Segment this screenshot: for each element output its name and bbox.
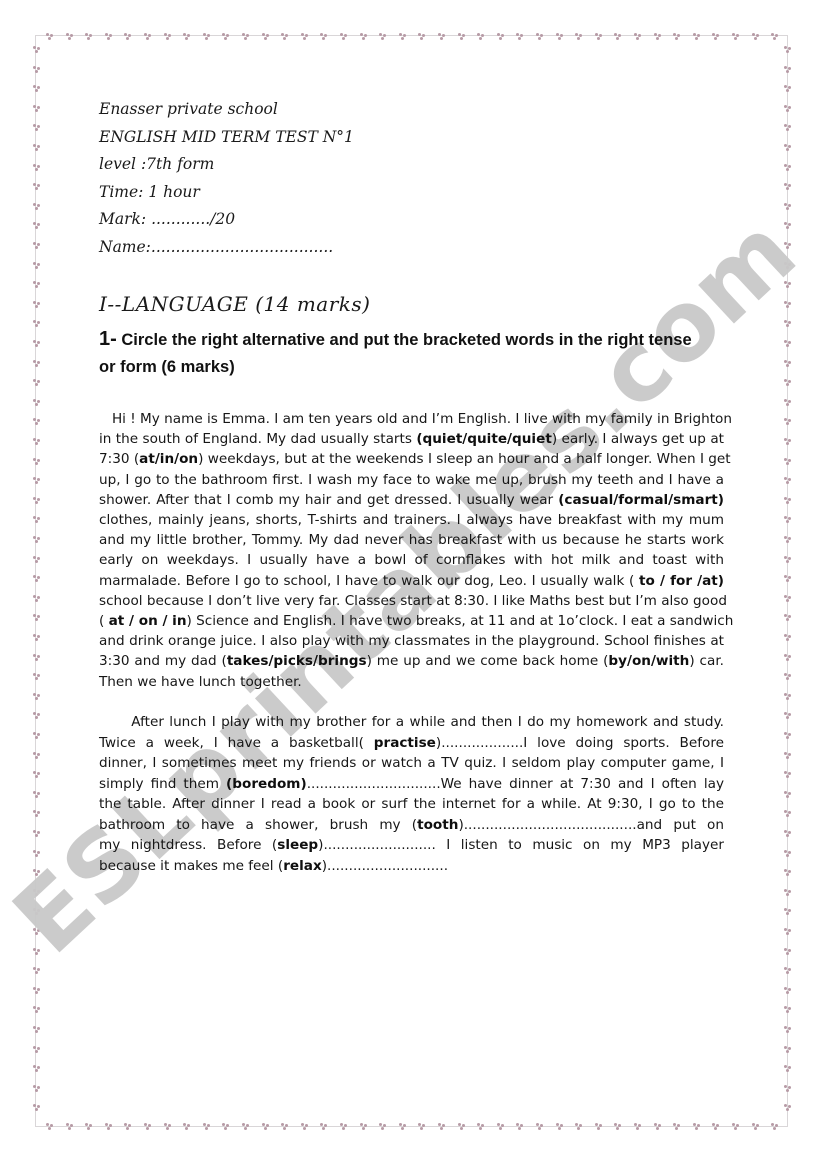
name-field: Name:...................................…: [99, 238, 333, 256]
text-segment: up, I go to the bathroom first. I wash m…: [99, 472, 724, 488]
bracketed-word: sleep: [277, 837, 318, 853]
text-segment: ) me up and we come back home (: [367, 653, 609, 669]
text-segment: because it makes me feel (: [99, 858, 283, 874]
bracketed-word: at/in/on: [139, 451, 198, 467]
text-segment: the table. After dinner I read a book or…: [99, 796, 724, 812]
text-segment: 7:30 (: [99, 451, 139, 467]
text-line: simply find them (boredom)..............…: [99, 774, 724, 794]
text-line: Then we have lunch together.: [99, 672, 724, 692]
bracketed-word: takes/picks/brings: [227, 653, 367, 669]
level-label: level :7th form: [99, 155, 214, 173]
text-segment: )...................I love doing sports.…: [436, 735, 724, 751]
text-segment: in the south of England. My dad usually …: [99, 431, 416, 447]
text-line: 3:30 and my dad (takes/picks/brings) me …: [99, 651, 724, 671]
question-number: 1-: [99, 328, 117, 350]
text-segment: bathroom to have a shower, brush my (: [99, 817, 417, 833]
text-line: and my little brother, Tommy. My dad nev…: [99, 530, 724, 550]
text-segment: ).......................................…: [458, 817, 724, 833]
text-segment: ...............................We have d…: [307, 776, 724, 792]
time-label: Time: 1 hour: [99, 183, 200, 201]
text-line: Twice a week, I have a basketball( pract…: [99, 733, 724, 753]
text-segment: )............................: [322, 858, 448, 874]
worksheet-content: Enasser private school ENGLISH MID TERM …: [0, 0, 821, 1161]
text-line: bathroom to have a shower, brush my (too…: [99, 815, 724, 835]
school-name: Enasser private school: [99, 100, 278, 118]
text-line: in the south of England. My dad usually …: [99, 429, 724, 449]
text-line: because it makes me feel (relax)........…: [99, 856, 724, 876]
bracketed-word: at / on / in: [109, 613, 187, 629]
text-segment: simply find them: [99, 776, 226, 792]
text-segment: and my little brother, Tommy. My dad nev…: [99, 532, 724, 548]
bracketed-word: practise: [374, 735, 436, 751]
bracketed-word: tooth: [417, 817, 458, 833]
test-title: ENGLISH MID TERM TEST N°1: [99, 128, 354, 146]
text-line: ( at / on / in) Science and English. I h…: [99, 611, 724, 631]
text-segment: early on weekdays. I usually have a bowl…: [99, 552, 724, 568]
text-segment: ) weekdays, but at the weekends I sleep …: [198, 451, 730, 467]
section-heading: I--LANGUAGE (14 marks): [99, 292, 370, 316]
text-line: 7:30 (at/in/on) weekdays, but at the wee…: [99, 449, 724, 469]
bracketed-word: (boredom): [226, 776, 307, 792]
text-line: the table. After dinner I read a book or…: [99, 794, 724, 814]
question-instruction: Circle the right alternative and put the…: [117, 331, 692, 349]
text-segment: Then we have lunch together.: [99, 674, 302, 690]
text-line: shower. After that I comb my hair and ge…: [99, 490, 724, 510]
text-segment: After lunch I play with my brother for a…: [99, 714, 724, 730]
text-segment: my nightdress. Before (: [99, 837, 277, 853]
text-line: clothes, mainly jeans, shorts, T-shirts …: [99, 510, 724, 530]
text-segment: 3:30 and my dad (: [99, 653, 227, 669]
worksheet-page: ESLprintables.com Enasser private school…: [0, 0, 821, 1161]
text-line: my nightdress. Before (sleep)...........…: [99, 835, 724, 855]
mark-field: Mark: ............/20: [99, 210, 235, 228]
text-line: After lunch I play with my brother for a…: [99, 712, 724, 732]
text-line: marmalade. Before I go to school, I have…: [99, 571, 724, 591]
text-segment: Hi ! My name is Emma. I am ten years old…: [99, 411, 732, 427]
text-segment: marmalade. Before I go to school, I have…: [99, 573, 639, 589]
text-line: dinner, I sometimes meet my friends or w…: [99, 753, 724, 773]
text-line: school because I don’t live very far. Cl…: [99, 591, 724, 611]
text-segment: shower. After that I comb my hair and ge…: [99, 492, 558, 508]
question-heading-cont: or form (6 marks): [99, 358, 235, 377]
text-line: up, I go to the bathroom first. I wash m…: [99, 470, 724, 490]
text-segment: school because I don’t live very far. Cl…: [99, 593, 727, 609]
text-segment: clothes, mainly jeans, shorts, T-shirts …: [99, 512, 724, 528]
bracketed-word: (quiet/quite/quiet: [416, 431, 552, 447]
text-segment: and drink orange juice. I also play with…: [99, 633, 724, 649]
text-segment: dinner, I sometimes meet my friends or w…: [99, 755, 724, 771]
text-line: and drink orange juice. I also play with…: [99, 631, 724, 651]
text-segment: (: [99, 613, 109, 629]
bracketed-word: relax: [283, 858, 322, 874]
bracketed-word: to / for /at): [639, 573, 724, 589]
text-segment: ) Science and English. I have two breaks…: [187, 613, 734, 629]
text-segment: Twice a week, I have a basketball(: [99, 735, 374, 751]
text-line: early on weekdays. I usually have a bowl…: [99, 550, 724, 570]
question-heading: 1- Circle the right alternative and put …: [99, 328, 692, 351]
bracketed-word: by/on/with: [608, 653, 689, 669]
bracketed-word: (casual/formal/smart): [558, 492, 724, 508]
text-segment: ).......................... I listen to …: [318, 837, 724, 853]
text-segment: ) early. I always get up at: [552, 431, 724, 447]
text-segment: ) car.: [689, 653, 724, 669]
text-line: Hi ! My name is Emma. I am ten years old…: [99, 409, 724, 429]
